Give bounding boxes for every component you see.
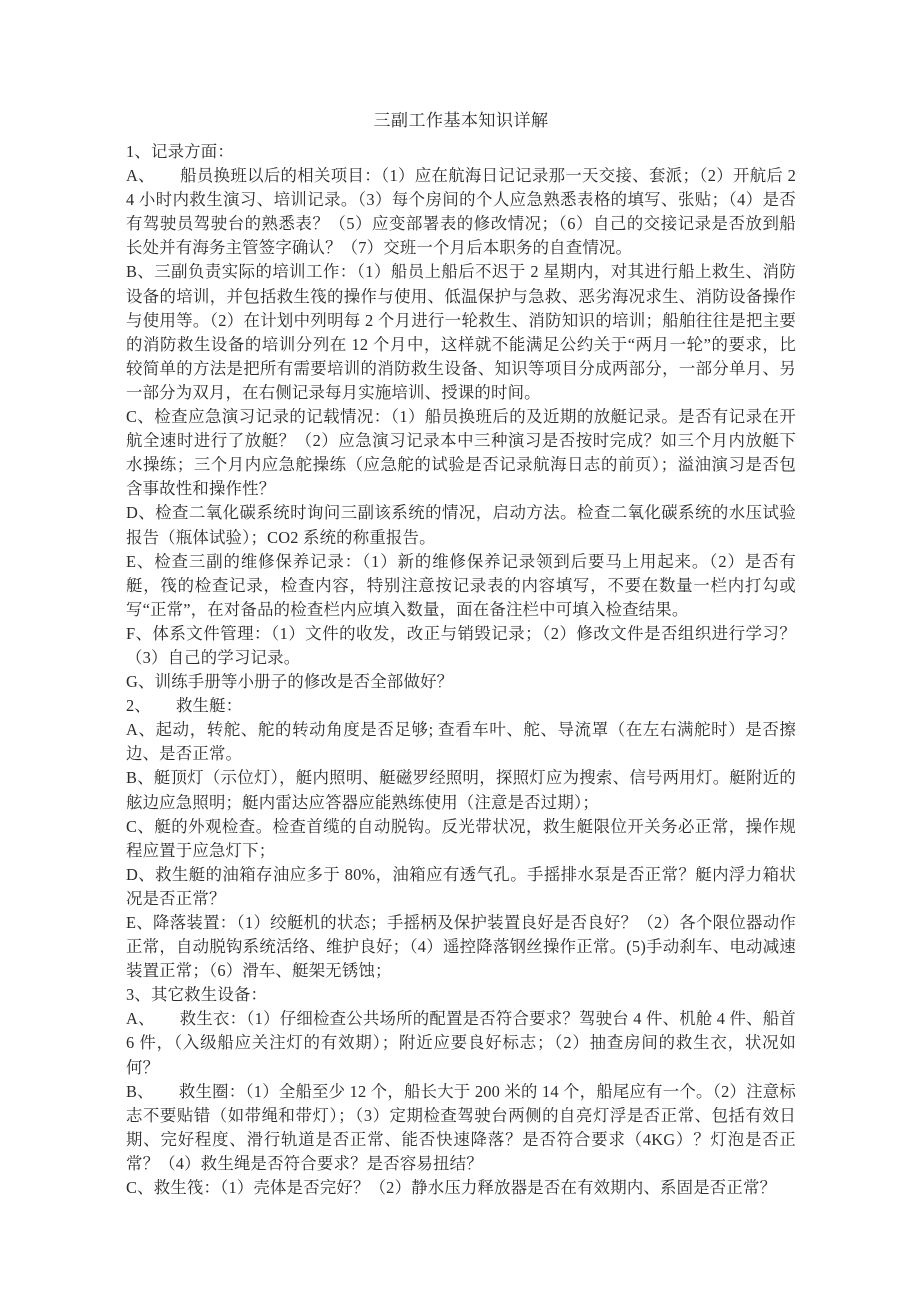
doc-paragraph: F、体系文件管理：（1）文件的收发，改正与销毁记录；（2）修改文件是否组织进行学… [126,622,796,670]
doc-paragraph: A、 船员换班以后的相关项目：（1）应在航海日记记录那一天交接、套派；（2）开航… [126,164,796,260]
doc-paragraph: A、 救生衣：（1）仔细检查公共场所的配置是否符合要求？驾驶台 4 件、机舱 4… [126,1007,796,1079]
doc-paragraph: A、起动，转舵、舵的转动角度是否足够; 查看车叶、舵、导流罩（在左右满舵时）是否… [126,718,796,766]
doc-paragraph: C、艇的外观检查。检查首缆的自动脱钩。反光带状况，救生艇限位开关务必正常，操作规… [126,815,796,863]
doc-paragraph: E、检查三副的维修保养记录：（1）新的维修保养记录领到后要马上用起来。（2）是否… [126,550,796,622]
doc-paragraph: G、训练手册等小册子的修改是否全部做好？ [126,670,796,694]
doc-paragraph: C、救生筏：（1）壳体是否完好？（2）静水压力释放器是否在有效期内、系固是否正常… [126,1176,796,1200]
doc-paragraph: D、救生艇的油箱存油应多于 80%，油箱应有透气孔。手摇排水泵是否正常？艇内浮力… [126,863,796,911]
doc-paragraph: C、检查应急演习记录的记载情况：（1）船员换班后的及近期的放艇记录。是否有记录在… [126,405,796,501]
doc-paragraph: B、三副负责实际的培训工作：（1）船员上船后不迟于 2 星期内，对其进行船上救生… [126,260,796,405]
doc-paragraph: 3、其它救生设备： [126,983,796,1007]
document-content: 三副工作基本知识详解 1、记录方面： A、 船员换班以后的相关项目：（1）应在航… [126,108,796,1200]
doc-paragraph: 2、 救生艇： [126,694,796,718]
doc-paragraph: E、降落装置：（1）绞艇机的状态；手摇柄及保护装置良好是否良好？（2）各个限位器… [126,911,796,983]
document-page: 三副工作基本知识详解 1、记录方面： A、 船员换班以后的相关项目：（1）应在航… [0,0,920,1302]
doc-paragraph: D、检查二氧化碳系统时询问三副该系统的情况，启动方法。检查二氧化碳系统的水压试验… [126,501,796,549]
doc-paragraph: 1、记录方面： [126,140,796,164]
doc-paragraph: B、艇顶灯（示位灯），艇内照明、艇磁罗经照明，探照灯应为搜索、信号两用灯。艇附近… [126,766,796,814]
doc-paragraph: B、 救生圈：（1）全船至少 12 个，船长大于 200 米的 14 个，船尾应… [126,1080,796,1176]
document-title: 三副工作基本知识详解 [126,108,796,134]
